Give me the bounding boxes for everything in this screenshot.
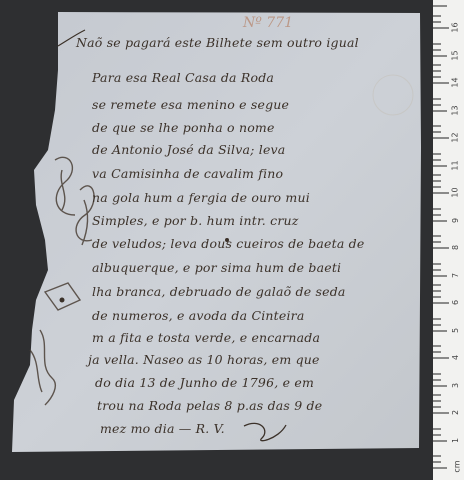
text-line: lha branca, debruado de galaõ de seda	[92, 284, 346, 299]
text-line: va Camisinha de cavalim fino	[92, 166, 283, 181]
text-line: se remete esa menino e segue	[92, 97, 289, 112]
ruler-label: 13	[451, 105, 460, 115]
ruler-label: 6	[451, 300, 460, 305]
ruler-label: cm	[453, 460, 462, 472]
text-line: de veludos; leva dous cueiros de baeta d…	[92, 236, 364, 251]
ruler-label: 3	[451, 383, 460, 388]
text-line: de Antonio José da Silva; leva	[92, 142, 285, 157]
ruler-label: 11	[451, 160, 460, 170]
ruler-label: 5	[451, 328, 460, 333]
text-line: Naõ se pagará este Bilhete sem outro igu…	[76, 35, 359, 50]
ruler-label: 4	[451, 355, 460, 360]
text-line: na gola hum a fergia de ouro mui	[92, 190, 310, 205]
ruler-label: 1	[451, 438, 460, 443]
ruler-ticks	[433, 0, 464, 480]
text-line: ja vella. Naseo as 10 horas, em que	[88, 352, 320, 367]
ruler-label: 14	[451, 77, 460, 87]
measurement-ruler: cm 1 2 3 4 5 6 7 8 9 10 11 12 13 14 15 1…	[433, 0, 464, 480]
text-line: Simples, e por b. hum intr. cruz	[92, 213, 299, 228]
folio-number: Nº 771	[243, 15, 293, 31]
ruler-label: 16	[451, 22, 460, 32]
text-line: de que se lhe ponha o nome	[92, 120, 275, 135]
handwritten-text: Nº 771 Naõ se pagará este Bilhete sem ou…	[0, 0, 424, 480]
ruler-label: 9	[451, 218, 460, 223]
text-line: Para esa Real Casa da Roda	[92, 70, 274, 85]
text-line: m a fita e tosta verde, e encarnada	[92, 330, 320, 345]
text-line: de numeros, e avoda da Cinteira	[92, 308, 305, 323]
ruler-label: 12	[451, 132, 460, 142]
text-line: do dia 13 de Junho de 1796, e em	[95, 375, 314, 390]
text-line: mez mo dia — R. V.	[100, 421, 225, 436]
ruler-label: 2	[451, 410, 460, 415]
text-line: trou na Roda pelas 8 p.as das 9 de	[97, 398, 322, 413]
ruler-label: 7	[451, 273, 460, 278]
text-line: albuquerque, e por sima hum de baeti	[92, 260, 341, 275]
ruler-label: 10	[451, 187, 460, 197]
ruler-label: 15	[451, 50, 460, 60]
ruler-label: 8	[451, 245, 460, 250]
